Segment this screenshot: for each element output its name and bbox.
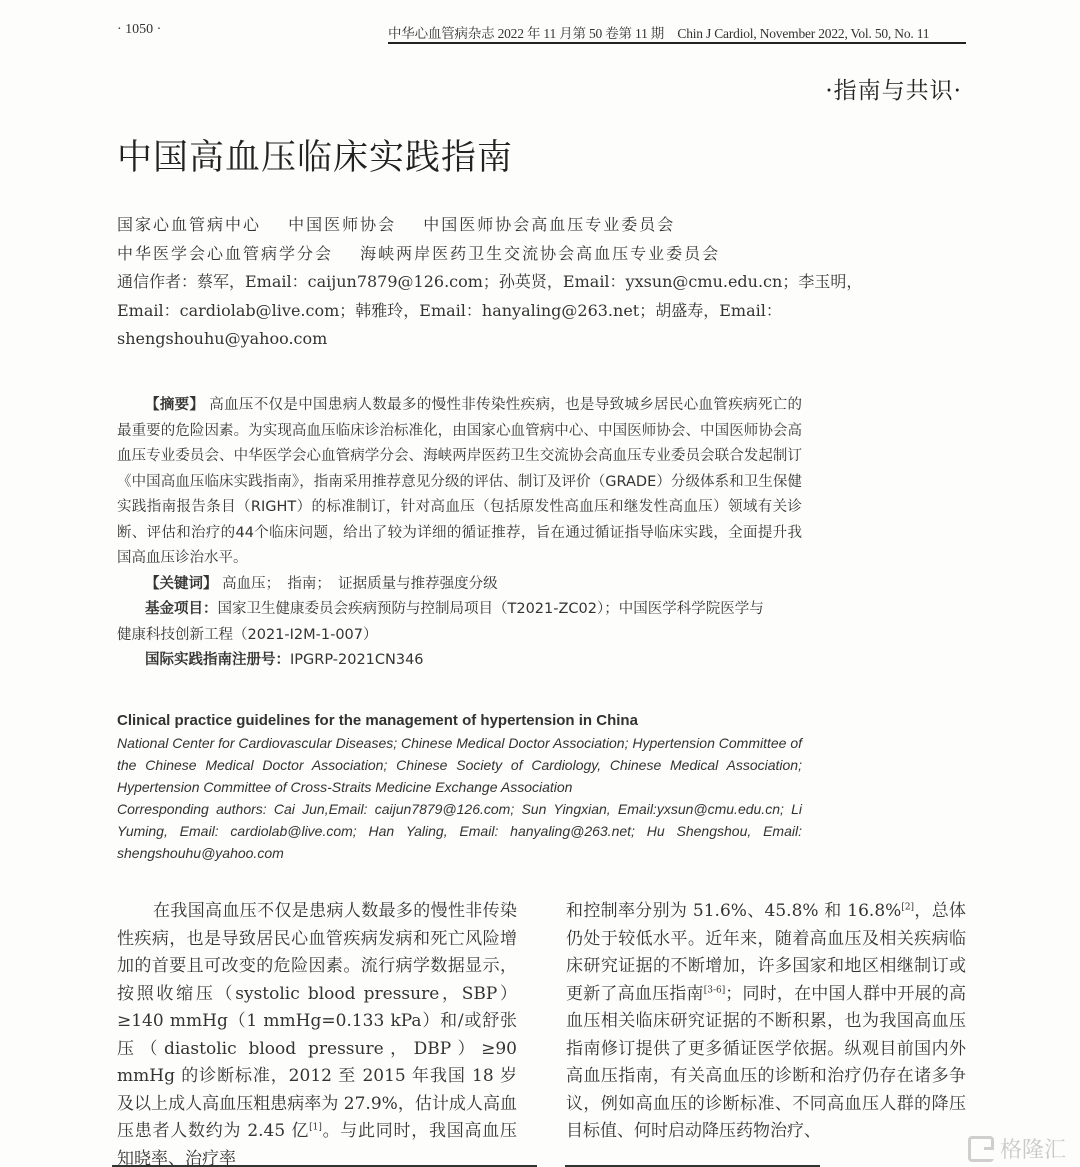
running-head: · 1050 · 中华心血管病杂志 2022 年 11 月第 50 卷第 11 …	[0, 20, 1080, 50]
organization: 中国医师协会	[288, 215, 396, 234]
body-text: 在我国高血压不仅是患病人数最多的慢性非传染性疾病，也是导致居民心血管疾病发病和死…	[117, 901, 517, 1141]
organization: 中华医学会心血管病学分会	[117, 244, 333, 263]
citation-ref-3-6[interactable]: [3-6]	[704, 985, 726, 995]
organization: 国家心血管病中心	[117, 215, 261, 234]
english-corresponding-authors: Corresponding authors: Cai Jun,Email: ca…	[117, 798, 802, 864]
organizations-line-2: 中华医学会心血管病学分会 海峡两岸医药卫生交流协会高血压专业委员会	[117, 240, 817, 269]
watermark: 格隆汇	[968, 1133, 1066, 1164]
body-paragraph: 和控制率分别为 51.6%、45.8% 和 16.8%[2]，总体仍处于较低水平…	[566, 898, 966, 1146]
gelonghui-logo-icon	[968, 1136, 994, 1162]
keywords-label: 【关键词】	[145, 576, 218, 592]
correspondence-line: shengshouhu@yahoo.com	[117, 325, 817, 354]
body-paragraph: 在我国高血压不仅是患病人数最多的慢性非传染性疾病，也是导致居民心血管疾病发病和死…	[117, 898, 517, 1167]
abstract-label: 【摘要】	[145, 397, 204, 413]
body-text: 和控制率分别为 51.6%、45.8% 和 16.8%	[566, 901, 901, 921]
body-column-right: 和控制率分别为 51.6%、45.8% 和 16.8%[2]，总体仍处于较低水平…	[566, 898, 966, 1146]
abstract-paragraph: 【摘要】 高血压不仅是中国患病人数最多的慢性非传染性疾病，也是导致城乡居民心血管…	[117, 393, 802, 572]
citation-ref-1[interactable]: [1]	[309, 1122, 322, 1132]
watermark-text: 格隆汇	[1000, 1133, 1066, 1164]
registry-label: 国际实践指南注册号：	[145, 652, 290, 668]
english-abstract-header: Clinical practice guidelines for the man…	[117, 710, 802, 864]
keywords-line: 【关键词】 高血压； 指南； 证据质量与推荐强度分级	[117, 572, 802, 598]
journal-citation: 中华心血管病杂志 2022 年 11 月第 50 卷第 11 期 Chin J …	[388, 22, 966, 42]
abstract-text: 高血压不仅是中国患病人数最多的慢性非传染性疾病，也是导致城乡居民心血管疾病死亡的…	[117, 397, 802, 566]
funding-continuation: 健康科技创新工程（2021-I2M-1-007）	[117, 623, 802, 649]
keywords-text: 高血压； 指南； 证据质量与推荐强度分级	[218, 576, 498, 592]
author-block: 国家心血管病中心 中国医师协会 中国医师协会高血压专业委员会 中华医学会心血管病…	[117, 211, 817, 354]
section-tag: ·指南与共识·	[825, 72, 962, 105]
registry-number: IPGRP-2021CN346	[290, 652, 424, 668]
body-column-left: 在我国高血压不仅是患病人数最多的慢性非传染性疾病，也是导致居民心血管疾病发病和死…	[117, 898, 517, 1167]
funding-label: 基金项目：	[145, 601, 218, 617]
header-rule	[388, 42, 966, 44]
correspondence-line: 通信作者：蔡军，Email：caijun7879@126.com；孙英贤，Ema…	[117, 268, 817, 297]
english-organizations: National Center for Cardiovascular Disea…	[117, 732, 802, 798]
organization: 中国医师协会高血压专业委员会	[423, 215, 675, 234]
funding-line: 基金项目：国家卫生健康委员会疾病预防与控制局项目（T2021-ZC02）；中国医…	[117, 597, 802, 623]
article-title: 中国高血压临床实践指南	[117, 130, 513, 180]
abstract-block: 【摘要】 高血压不仅是中国患病人数最多的慢性非传染性疾病，也是导致城乡居民心血管…	[117, 393, 802, 674]
body-text: ；同时，在中国人群中开展的高血压相关临床研究证据的不断积累，也为我国高血压指南修…	[566, 984, 966, 1142]
funding-text: 国家卫生健康委员会疾病预防与控制局项目（T2021-ZC02）；中国医学科学院医…	[218, 601, 764, 617]
english-title: Clinical practice guidelines for the man…	[117, 710, 802, 732]
correspondence-line: Email：cardiolab@live.com；韩雅玲，Email：hanya…	[117, 297, 817, 326]
organizations-line-1: 国家心血管病中心 中国医师协会 中国医师协会高血压专业委员会	[117, 211, 817, 240]
citation-ref-2[interactable]: [2]	[901, 902, 914, 912]
organization: 海峡两岸医药卫生交流协会高血压专业委员会	[360, 244, 720, 263]
registry-line: 国际实践指南注册号：IPGRP-2021CN346	[117, 648, 802, 674]
page-number: · 1050 ·	[117, 22, 161, 38]
